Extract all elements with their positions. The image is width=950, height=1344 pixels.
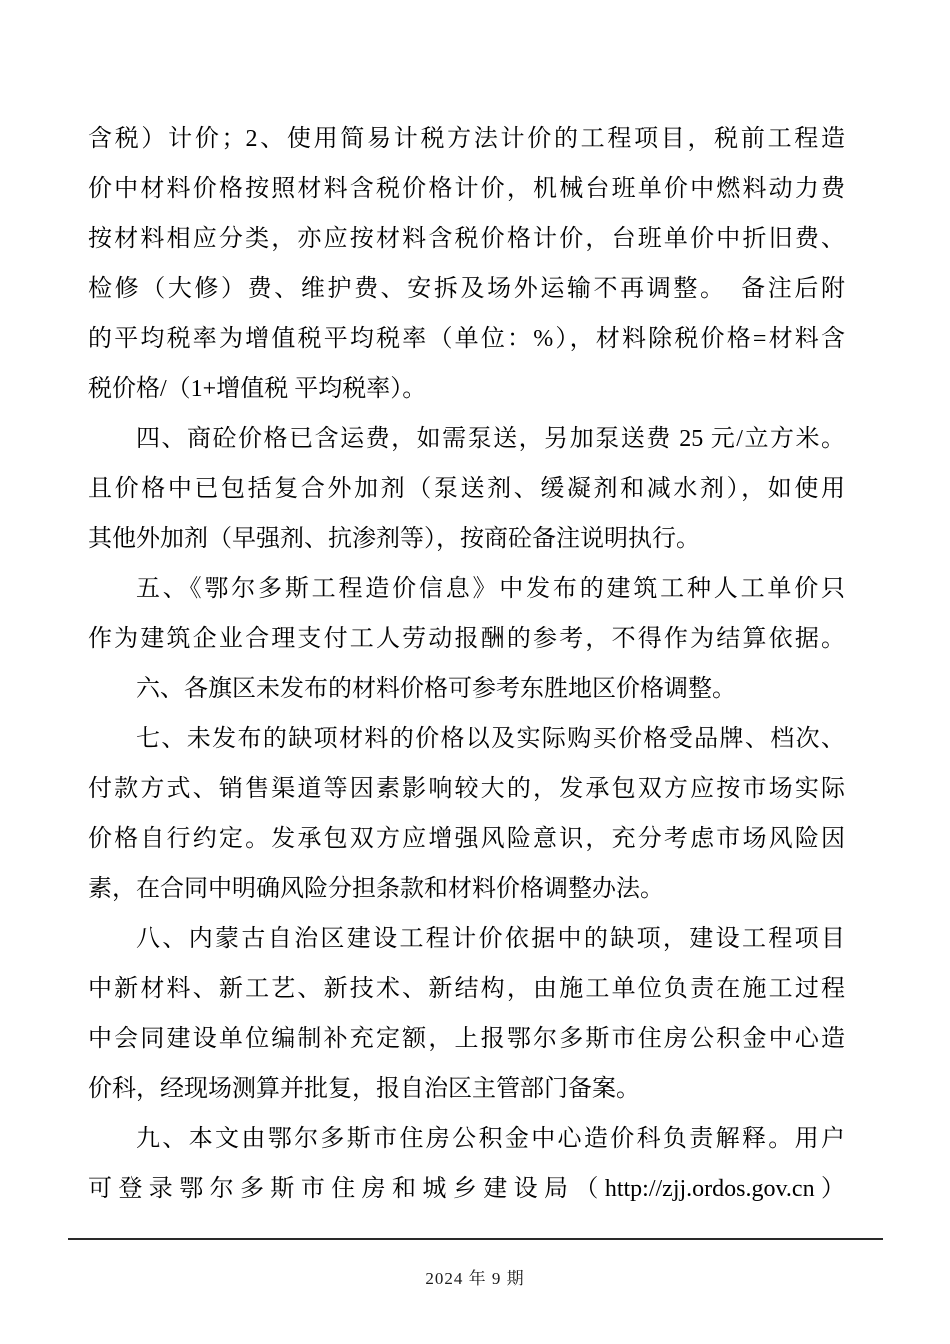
text-line: 九、本文由鄂尔多斯市住房公积金中心造价科负责解释。用户	[88, 1114, 845, 1164]
text-line: 价科，经现场测算并批复，报自治区主管部门备案。	[88, 1064, 845, 1114]
text-line: 七、未发布的缺项材料的价格以及实际购买价格受品牌、档次、	[88, 714, 845, 764]
text-line: 价格自行约定。发承包双方应增强风险意识，充分考虑市场风险因	[88, 814, 845, 864]
text-line: 五、《鄂尔多斯工程造价信息》中发布的建筑工种人工单价只	[88, 564, 845, 614]
text-line: 税价格/（1+增值税 平均税率）。	[88, 364, 845, 414]
text-line: 中会同建设单位编制补充定额，上报鄂尔多斯市住房公积金中心造	[88, 1014, 845, 1064]
text-line: 检修（大修）费、维护费、安拆及场外运输不再调整。 备注后附	[88, 264, 845, 314]
document-body: 含税）计价；2、使用简易计税方法计价的工程项目，税前工程造 价中材料价格按照材料…	[88, 114, 845, 1214]
text-line: 按材料相应分类，亦应按材料含税价格计价，台班单价中折旧费、	[88, 214, 845, 264]
text-line: 可登录鄂尔多斯市住房和城乡建设局（http://zjj.ordos.gov.cn…	[88, 1164, 845, 1214]
text-line: 四、商砼价格已含运费，如需泵送，另加泵送费 25 元/立方米。	[88, 414, 845, 464]
text-line: 且价格中已包括复合外加剂（泵送剂、缓凝剂和减水剂），如使用	[88, 464, 845, 514]
text-line: 中新材料、新工艺、新技术、新结构，由施工单位负责在施工过程	[88, 964, 845, 1014]
text-line: 含税）计价；2、使用简易计税方法计价的工程项目，税前工程造	[88, 114, 845, 164]
text-line: 价中材料价格按照材料含税价格计价，机械台班单价中燃料动力费	[88, 164, 845, 214]
footer-divider	[68, 1238, 883, 1240]
text-line: 付款方式、销售渠道等因素影响较大的，发承包双方应按市场实际	[88, 764, 845, 814]
text-line: 其他外加剂（早强剂、抗渗剂等），按商砼备注说明执行。	[88, 514, 845, 564]
text-line: 八、内蒙古自治区建设工程计价依据中的缺项，建设工程项目	[88, 914, 845, 964]
document-page: { "colors": { "page_background": "#fffff…	[0, 0, 950, 1344]
text-line: 作为建筑企业合理支付工人劳动报酬的参考，不得作为结算依据。	[88, 614, 845, 664]
text-line: 六、各旗区未发布的材料价格可参考东胜地区价格调整。	[88, 664, 845, 714]
page-footer-issue: 2024 年 9 期	[0, 1264, 950, 1289]
text-line: 素，在合同中明确风险分担条款和材料价格调整办法。	[88, 864, 845, 914]
text-line: 的平均税率为增值税平均税率（单位：%），材料除税价格=材料含	[88, 314, 845, 364]
